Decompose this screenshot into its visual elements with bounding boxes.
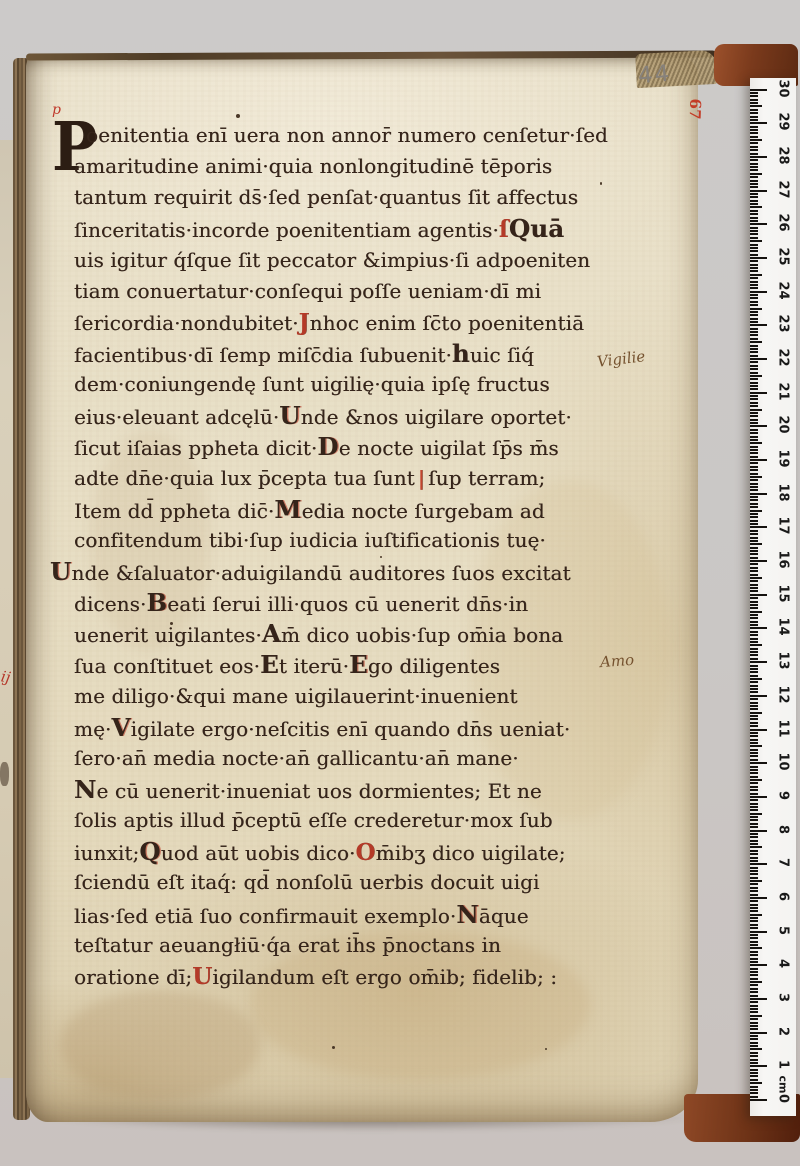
ruler-number: 28 — [776, 144, 791, 166]
text-segment: e nocte uigilat ſp̄s m̄s — [339, 436, 559, 460]
ruler-tick — [750, 873, 758, 875]
ruler-tick — [750, 887, 758, 889]
ruler-tick — [750, 274, 762, 276]
ruler-number: 18 — [776, 481, 791, 503]
ruler-tick — [750, 691, 758, 693]
text-line: Item dd̄ ppheta dic̄·Media nocte ſurgeba… — [50, 494, 674, 525]
text-segment: amaritudine animi·quia nonlongitudinē tē… — [74, 154, 552, 178]
ruler-tick — [750, 816, 758, 818]
text-segment: uis igitur q́ſque ſit peccator &impius·ſ… — [74, 248, 590, 272]
ruler-tick — [750, 92, 758, 94]
ruler-number: 5 — [776, 919, 791, 941]
ruler-tick — [750, 382, 758, 384]
ruler-tick — [750, 163, 758, 165]
ruler-tick — [750, 617, 758, 619]
text-segment: h — [452, 339, 470, 368]
ruler-tick — [750, 277, 758, 279]
text-segment: adte dn̄e·quia lux p̄cepta tua ſunt — [74, 466, 415, 490]
ruler-tick — [750, 917, 758, 919]
ruler-tick — [750, 186, 758, 188]
ruler-tick — [750, 1092, 758, 1094]
ruler-tick — [750, 213, 758, 215]
text-line: adte dn̄e·quia lux p̄cepta tua ſunt|ſup … — [50, 463, 674, 494]
ruler-tick — [750, 257, 767, 259]
ruler-tick — [750, 725, 758, 727]
text-segment: nhoc enim ſc̄to poenitentiā — [310, 311, 585, 335]
ruler-tick — [750, 1038, 758, 1040]
ruler-tick — [750, 287, 758, 289]
text-line: dem·coniungendę ſunt uigilię·quia ipſę f… — [50, 369, 674, 400]
text-segment: iunxit; — [74, 841, 139, 865]
ruler-tick — [750, 109, 758, 111]
text-line: facientibus·dī ſemp miſc̄dia ſubuenit·hu… — [50, 338, 674, 369]
text-segment: ſolis aptis illud p̄ceptū eſſe crederetu… — [74, 808, 553, 832]
ruler-tick — [750, 941, 758, 943]
ruler-tick — [750, 169, 758, 171]
ruler-tick — [750, 220, 758, 222]
ruler-tick — [750, 604, 758, 606]
text-line: me diligo·&qui mane uigilauerint·inuenie… — [50, 681, 674, 712]
text-line: oenitentia enī uera non annor̄ numero ce… — [50, 120, 674, 151]
text-line: ſicut iſaias ppheta dicit·De nocte uigil… — [50, 431, 674, 462]
ruler-tick — [750, 877, 758, 879]
ruler-tick — [750, 149, 758, 151]
ruler-number: 16 — [776, 549, 791, 571]
text-line: eius·eleuant adcęlū·Unde &nos uigilare o… — [50, 400, 674, 431]
ruler-number: 23 — [776, 313, 791, 335]
ruler-tick — [750, 971, 758, 973]
ruler-tick — [750, 779, 762, 781]
ruler-tick — [750, 968, 758, 970]
ruler-tick — [750, 742, 758, 744]
ruler-tick — [750, 638, 758, 640]
ruler-tick — [750, 718, 758, 720]
text-segment: eius·eleuant adcęlū· — [74, 405, 279, 429]
ruler-tick — [750, 378, 758, 380]
ruler-tick — [750, 722, 758, 724]
ruler-tick — [750, 493, 767, 495]
folio-number: 44 — [637, 61, 672, 90]
text-segment: e cū uenerit·inueniat uos dormientes; Et… — [97, 779, 542, 803]
ruler-tick — [750, 483, 758, 485]
ruler-tick — [750, 442, 762, 444]
ruler-tick — [750, 358, 767, 360]
ruler-tick — [750, 469, 758, 471]
ruler-tick — [750, 227, 758, 229]
ruler-tick — [750, 1028, 758, 1030]
ruler-tick — [750, 146, 758, 148]
ruler-tick — [750, 995, 758, 997]
text-segment: igilate ergo·neſcitis enī quando dn̄s ue… — [131, 717, 571, 741]
ruler-tick — [750, 1079, 758, 1081]
ruler-tick — [750, 631, 758, 633]
text-segment: confitendum tibi·ſup iudicia iuſtificati… — [74, 528, 546, 552]
text-line: ſero·an̄ media nocte·an̄ gallicantu·an̄ … — [50, 743, 674, 774]
ruler-tick — [750, 809, 758, 811]
ruler-tick — [750, 580, 758, 582]
ruler-tick — [750, 183, 758, 185]
ruler-tick — [750, 1082, 762, 1084]
ruler-tick — [750, 334, 758, 336]
text-segment: mę· — [74, 717, 111, 741]
ruler-tick — [750, 826, 758, 828]
text-segment: ſup terram; — [428, 466, 545, 490]
manuscript-photo: { "photo": { "background_color": "#cac7c… — [0, 0, 800, 1166]
ruler-tick — [750, 284, 758, 286]
ruler-tick — [750, 961, 758, 963]
ruler-tick — [750, 321, 758, 323]
ruler-number: 22 — [776, 347, 791, 369]
ruler-tick — [750, 1001, 758, 1003]
ruler-tick — [750, 553, 758, 555]
ruler-tick — [750, 607, 758, 609]
ruler-tick — [750, 520, 758, 522]
ruler-tick — [750, 857, 758, 859]
ruler-tick — [750, 557, 758, 559]
ruler-tick — [750, 799, 758, 801]
ruler-tick — [750, 766, 758, 768]
text-segment: tantum requirit ds̄·ſed penſat·quantus ſ… — [74, 185, 578, 209]
ruler-tick — [750, 934, 758, 936]
ruler-tick — [750, 846, 762, 848]
ruler-tick — [750, 860, 758, 862]
ruler-tick — [750, 89, 767, 91]
ruler-tick — [750, 395, 758, 397]
ruler-tick — [750, 1011, 758, 1013]
ruler-tick — [750, 136, 758, 138]
ruler-tick — [750, 590, 758, 592]
ruler-tick — [750, 786, 758, 788]
ruler-tick — [750, 506, 758, 508]
text-segment: āque — [479, 904, 529, 928]
text-segment: D — [317, 432, 338, 461]
ruler-tick — [750, 489, 758, 491]
ruler-tick — [750, 264, 758, 266]
text-segment: go diligentes — [368, 654, 500, 678]
edge-blot — [0, 762, 9, 786]
text-segment: | — [418, 466, 425, 490]
ruler-number: 19 — [776, 448, 791, 470]
rubricated-letter: J — [299, 309, 310, 336]
ruler-number: 26 — [776, 212, 791, 234]
text-segment: nde &ſaluator·aduigilandū auditores ſuos… — [71, 561, 570, 585]
ruler-tick — [750, 661, 767, 663]
ruler-tick — [750, 654, 758, 656]
ruler-tick — [750, 991, 758, 993]
ruler-tick — [750, 365, 758, 367]
text-line: oratione dī;Uigilandum eſt ergo om̄ib; f… — [50, 961, 674, 992]
ruler-tick — [750, 297, 758, 299]
text-line: tiam conuertatur·conſequi poſſe ueniam·d… — [50, 276, 674, 307]
ruler-tick — [750, 530, 758, 532]
text-segment: dem·coniungendę ſunt uigilię·quia ipſę f… — [74, 372, 550, 396]
ruler-tick — [750, 1059, 758, 1061]
ruler-tick — [750, 540, 758, 542]
ruler-tick — [750, 789, 758, 791]
ruler-tick — [750, 446, 758, 448]
ruler-tick — [750, 412, 758, 414]
text-segment: U — [279, 401, 300, 430]
ruler-tick — [750, 924, 758, 926]
ruler-tick — [750, 658, 758, 660]
ruler-tick — [750, 432, 758, 434]
text-segment: lias·ſed etiā ſuo confirmauit exemplo· — [74, 904, 456, 928]
ruler-tick — [750, 203, 758, 205]
text-segment: M — [274, 495, 301, 524]
ruler-tick — [750, 1048, 762, 1050]
ruler-tick — [750, 584, 758, 586]
ruler-tick — [750, 624, 758, 626]
ruler-tick — [750, 769, 758, 771]
ruler-tick — [750, 503, 758, 505]
ruler-tick — [750, 200, 758, 202]
text-segment: oratione dī; — [74, 965, 192, 989]
ruler-tick — [750, 671, 758, 673]
ruler-tick — [750, 311, 758, 313]
ruler-tick — [750, 1005, 758, 1007]
text-line: iunxit;Quod aūt uobis dico·Om̄ibʒ dico u… — [50, 836, 674, 867]
ruler-tick — [750, 233, 758, 235]
ruler-number: 6 — [776, 885, 791, 907]
ruler-tick — [750, 230, 758, 232]
ruler-tick — [750, 105, 762, 107]
ruler-tick — [750, 1032, 767, 1034]
text-segment: ſero·an̄ media nocte·an̄ gallicantu·an̄ … — [74, 746, 519, 770]
ruler-tick — [750, 102, 758, 104]
ruler-number: 29 — [776, 111, 791, 133]
ruler-tick — [750, 648, 758, 650]
ruler-tick — [750, 550, 758, 552]
text-segment: E — [349, 650, 368, 679]
ruler-tick — [750, 543, 762, 545]
ruler-number: 25 — [776, 246, 791, 268]
ruler-tick — [750, 479, 758, 481]
text-segment: facientibus·dī ſemp miſc̄dia ſubuenit· — [74, 343, 452, 367]
text-segment: ſciendū eſt itaq́: qd̄ nonſolū uerbis do… — [74, 870, 539, 894]
ruler-unit-label: cm — [777, 1074, 790, 1096]
ruler-tick — [750, 436, 758, 438]
ruler-tick — [750, 937, 758, 939]
ruler-tick — [750, 705, 758, 707]
rubricated-letter: O — [356, 839, 376, 866]
ruler-tick — [750, 974, 758, 976]
ruler-tick — [750, 176, 758, 178]
ruler-tick — [750, 988, 758, 990]
ruler-tick — [750, 190, 767, 192]
ruler-tick — [750, 702, 758, 704]
ruler-tick — [750, 112, 758, 114]
ruler-tick — [750, 883, 758, 885]
text-segment: Q — [139, 837, 160, 866]
text-segment: m̄ibʒ dico uigilate; — [376, 841, 566, 865]
ruler-tick — [750, 355, 758, 357]
ruler-tick — [750, 499, 758, 501]
ruler-tick — [750, 240, 762, 242]
ruler-tick — [750, 331, 758, 333]
ruler-tick — [750, 634, 758, 636]
ruler-tick — [750, 735, 758, 737]
ruler-tick — [750, 473, 758, 475]
ruler-tick — [750, 419, 758, 421]
margin-note-amo: Amo — [599, 651, 634, 671]
ruler-tick — [750, 244, 758, 246]
ruler-tick — [750, 173, 762, 175]
ruler-tick — [750, 587, 758, 589]
text-line: ſinceritatis·incorde poenitentiam agenti… — [50, 213, 674, 244]
ruler-tick — [750, 621, 758, 623]
ruler-tick — [750, 129, 758, 131]
ruler-tick — [750, 254, 758, 256]
ruler-tick — [750, 836, 758, 838]
ruler-tick — [750, 1052, 758, 1054]
text-segment: ſicut iſaias ppheta dicit· — [74, 436, 317, 460]
ruler-number: 8 — [776, 818, 791, 840]
ruler-number: 7 — [776, 852, 791, 874]
text-segment: ſinceritatis·incorde poenitentiam agenti… — [74, 218, 499, 242]
ruler-tick — [750, 260, 758, 262]
ruler-tick — [750, 1072, 758, 1074]
ruler-tick — [750, 385, 758, 387]
ruler-tick — [750, 675, 758, 677]
ruler-tick — [750, 402, 758, 404]
ruler-tick — [750, 931, 767, 933]
ruler-tick — [750, 823, 758, 825]
text-segment: igilandum eſt ergo om̄ib; fidelib; : — [212, 965, 557, 989]
text-segment: A — [262, 619, 281, 648]
ruler-tick — [750, 462, 758, 464]
ruler-tick — [750, 422, 758, 424]
text-segment: N — [456, 900, 479, 929]
ruler-tick — [750, 853, 758, 855]
ruler-tick — [750, 328, 758, 330]
ruler-tick — [750, 345, 758, 347]
ruler-tick — [750, 291, 767, 293]
ruler-tick — [750, 1096, 758, 1098]
text-line: mę·Vigilate ergo·neſcitis enī quando dn̄… — [50, 712, 674, 743]
text-line: teſtatur aeuangłiū·q́a erat ih̄s p̄nocta… — [50, 930, 674, 961]
text-segment: m̄ dico uobis·ſup om̄ia bona — [281, 623, 563, 647]
ruler-tick — [750, 563, 758, 565]
ruler-number: 14 — [776, 616, 791, 638]
ruler-number: 2 — [776, 1020, 791, 1042]
ruler-number: 12 — [776, 683, 791, 705]
ruler-number: 3 — [776, 986, 791, 1008]
ruler-tick — [750, 998, 767, 1000]
ruler-number: 10 — [776, 751, 791, 773]
text-segment: Quā — [509, 214, 564, 243]
ruler-tick — [750, 951, 758, 953]
ruler-tick — [750, 270, 758, 272]
ruler-tick — [750, 577, 762, 579]
ruler-tick — [750, 1099, 767, 1101]
ruler-tick — [750, 907, 758, 909]
ruler-tick — [750, 405, 758, 407]
ruler-tick — [750, 348, 758, 350]
ruler-tick — [750, 732, 758, 734]
ruler-tick — [750, 665, 758, 667]
ruler-tick — [750, 1075, 758, 1077]
ruler: 0123456789101112131415161718192021222324… — [750, 78, 796, 1116]
ruler-tick — [750, 206, 762, 208]
ruler-tick — [750, 897, 767, 899]
ruler-tick — [750, 351, 758, 353]
ruler-tick — [750, 166, 758, 168]
ruler-tick — [750, 1022, 758, 1024]
ruler-tick — [750, 830, 767, 832]
text-segment: ſericordia·nondubitet· — [74, 311, 299, 335]
ruler-tick — [750, 486, 758, 488]
ruler-tick — [750, 523, 758, 525]
ruler-tick — [750, 614, 758, 616]
ruler-tick — [750, 644, 762, 646]
ruler-tick — [750, 567, 758, 569]
ruler-tick — [750, 180, 758, 182]
ruler-number: 21 — [776, 380, 791, 402]
ruler-tick — [750, 516, 758, 518]
ruler-tick — [750, 375, 762, 377]
text-line: ſericordia·nondubitet·Jnhoc enim ſc̄to p… — [50, 307, 674, 338]
text-line: ſua conſtituet eos·Et iterū·Ego diligent… — [50, 649, 674, 680]
ruler-tick — [750, 116, 758, 118]
ruler-number: 27 — [776, 178, 791, 200]
speck — [332, 1046, 335, 1049]
text-segment: eati ſerui illi·quos cū uenerit dn̄s·in — [167, 592, 528, 616]
text-line: lias·ſed etiā ſuo confirmauit exemplo·Nā… — [50, 899, 674, 930]
text-line: ſolis aptis illud p̄ceptū eſſe crederetu… — [50, 805, 674, 836]
ruler-tick — [750, 388, 758, 390]
ruler-tick — [750, 685, 758, 687]
ruler-tick — [750, 984, 758, 986]
ruler-tick — [750, 122, 767, 124]
ruler-tick — [750, 459, 767, 461]
ruler-tick — [750, 611, 762, 613]
text-line: confitendum tibi·ſup iudicia iuſtificati… — [50, 525, 674, 556]
red-inscription: 67 — [685, 92, 704, 127]
text-segment: uenerit uigilantes· — [74, 623, 262, 647]
ruler-tick — [750, 958, 758, 960]
ruler-tick — [750, 99, 758, 101]
ruler-tick — [750, 372, 758, 374]
ruler-tick — [750, 681, 758, 683]
ruler-tick — [750, 793, 758, 795]
text-segment: ſua conſtituet eos· — [74, 654, 260, 678]
ruler-tick — [750, 843, 758, 845]
ruler-number: 1 — [776, 1054, 791, 1076]
ruler-tick — [750, 439, 758, 441]
text-block: oenitentia enī uera non annor̄ numero ce… — [50, 120, 674, 992]
ruler-tick — [750, 338, 758, 340]
ruler-tick — [750, 142, 758, 144]
ruler-tick — [750, 1086, 758, 1088]
ruler-tick — [750, 796, 767, 798]
ruler-tick — [750, 601, 758, 603]
ruler-tick — [750, 712, 762, 714]
ruler-tick — [750, 324, 767, 326]
ruler-tick — [750, 267, 758, 269]
ruler-tick — [750, 978, 758, 980]
ruler-tick — [750, 425, 767, 427]
ruler-number: 13 — [776, 650, 791, 672]
ruler-tick — [750, 496, 758, 498]
ruler-tick — [750, 1035, 758, 1037]
ruler-tick — [750, 651, 758, 653]
ruler-tick — [750, 920, 758, 922]
text-line: tantum requirit ds̄·ſed penſat·quantus ſ… — [50, 182, 674, 213]
ruler-tick — [750, 914, 762, 916]
ruler-tick — [750, 880, 762, 882]
ruler-tick — [750, 627, 767, 629]
ruler-tick — [750, 1069, 758, 1071]
